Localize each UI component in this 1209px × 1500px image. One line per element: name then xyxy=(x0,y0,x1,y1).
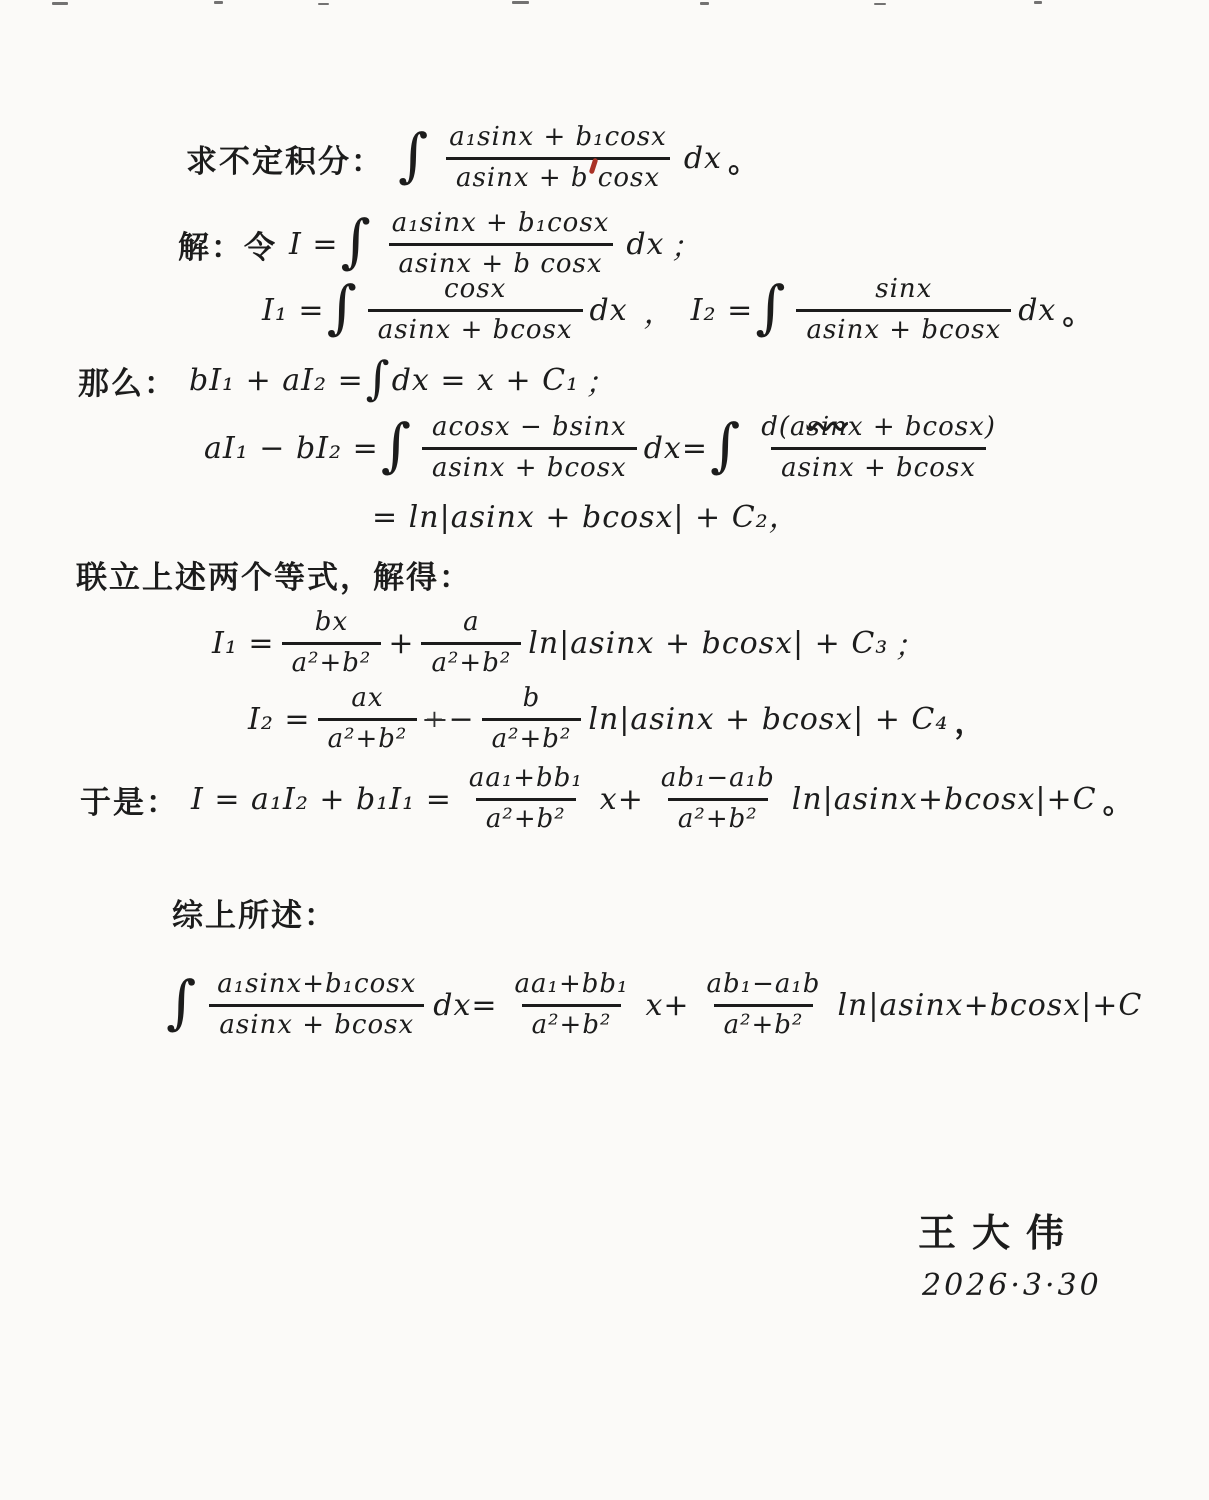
problem-label: 求不定积分： xyxy=(186,136,384,181)
comma-mark: ， xyxy=(954,697,987,742)
differential-fraction: d(asinx + bcosx) asinx + bcosx xyxy=(751,413,1006,484)
i1-result-step: I₁ = bx a²+b² + a a²+b² ln|asinx + bcosx… xyxy=(212,602,925,684)
i1-lhs: I₁ = xyxy=(212,626,275,661)
final-second-fraction: ab₁−a₁b a²+b² xyxy=(697,970,831,1041)
period-mark: 。 xyxy=(1062,288,1095,333)
i1-second-fraction: a a²+b² xyxy=(421,608,521,679)
diff-fraction: acosx − bsinx asinx + bcosx xyxy=(422,413,637,484)
fraction-denominator: asinx + bcosx xyxy=(368,309,583,346)
problem-fraction: a₁sinx + b₁cosx asinx + b cosx xyxy=(439,123,677,194)
lhs-I: I = xyxy=(289,227,339,262)
i2-lhs: I₂ = xyxy=(691,293,754,328)
i2-second-fraction: b a²+b² xyxy=(482,684,582,755)
fraction-denominator: a²+b² xyxy=(318,718,418,755)
combine-label-text: 联立上述两个等式，解得： xyxy=(76,552,472,597)
conclusion-first-fraction: aa₁+bb₁ a²+b² xyxy=(459,764,593,835)
semicolon-mark: ； xyxy=(670,222,701,266)
ln-result: = ln|asinx + bcosx| + C₂， xyxy=(372,492,800,536)
period-mark: 。 xyxy=(728,136,761,181)
ln-term: ln|asinx + bcosx| + C₃ xyxy=(528,626,888,661)
struck-plus-sign: + xyxy=(424,705,445,733)
ln-term: ln|asinx+bcosx|+C xyxy=(837,988,1142,1023)
final-first-fraction: aa₁+bb₁ a²+b² xyxy=(505,970,639,1041)
scan-speck xyxy=(52,2,68,5)
sum-lhs: bI₁ + aI₂ = xyxy=(189,363,364,398)
conclusion-step: 于是： I = a₁I₂ + b₁I₁ = aa₁+bb₁ a²+b² x + … xyxy=(80,756,1136,842)
problem-statement: 求不定积分： ∫ a₁sinx + b₁cosx asinx + b cosx … xyxy=(186,112,761,204)
i2-result-step: I₂ = ax a²+b² + − b a²+b² ln|asinx + bco… xyxy=(248,678,987,760)
plus-sign: + xyxy=(388,626,414,661)
final-result: ∫ a₁sinx+b₁cosx asinx + bcosx dx = aa₁+b… xyxy=(164,950,1142,1060)
fraction-denominator: a²+b² xyxy=(482,718,582,755)
integral-icon: ∫ xyxy=(381,416,411,474)
dx-term: dx xyxy=(433,988,471,1023)
conclusion-lhs: I = a₁I₂ + b₁I₁ = xyxy=(191,782,452,817)
i1-lhs: I₁ = xyxy=(262,293,325,328)
then-label: 那么： xyxy=(78,358,177,403)
numerator-text: x + bcosx) xyxy=(848,412,996,442)
fraction-numerator: a₁sinx + b₁cosx xyxy=(439,123,677,157)
dx-term: dx xyxy=(644,431,682,466)
fraction-numerator: aa₁+bb₁ xyxy=(505,970,639,1004)
fraction-denominator: asinx + b cosx xyxy=(446,157,670,194)
sum-rhs: dx = x + C₁ xyxy=(392,363,579,398)
scan-speck xyxy=(512,1,529,4)
conclusion-second-fraction: ab₁−a₁b a²+b² xyxy=(651,764,785,835)
combine-equations-label: 联立上述两个等式，解得： xyxy=(76,550,484,598)
i1-first-fraction: bx a²+b² xyxy=(282,608,382,679)
fraction-numerator: sinx xyxy=(865,275,942,309)
dx-term: dx xyxy=(684,141,722,176)
fraction-denominator: a²+b² xyxy=(421,642,521,679)
fraction-denominator: a²+b² xyxy=(476,798,576,835)
scan-speck xyxy=(700,2,709,5)
fraction-denominator: a²+b² xyxy=(668,798,768,835)
integral-icon: ∫ xyxy=(710,416,740,474)
define-i1-i2-step: I₁ = ∫ cosx asinx + bcosx dx ， I₂ = ∫ si… xyxy=(262,266,1095,354)
fraction-numerator: ab₁−a₁b xyxy=(697,970,831,1004)
fraction-numerator: ax xyxy=(341,684,393,718)
fraction-denominator: asinx + bcosx xyxy=(209,1004,424,1041)
period-mark: 。 xyxy=(1103,777,1136,822)
integral-icon: ∫ xyxy=(341,212,371,270)
fraction-numerator: a₁sinx + b₁cosx xyxy=(382,209,620,243)
solution-label: 解：令 xyxy=(178,222,277,267)
fraction-numerator: b xyxy=(513,684,551,718)
fraction-denominator: asinx + bcosx xyxy=(422,447,637,484)
plus-sign: + xyxy=(663,988,689,1023)
scan-speck xyxy=(318,3,329,5)
minus-sign: − xyxy=(448,702,474,737)
dx-term: dx xyxy=(1018,293,1056,328)
scan-speck xyxy=(214,1,223,4)
scan-speck xyxy=(874,3,886,5)
sum-equation-step: 那么： bI₁ + aI₂ = ∫ dx = x + C₁ ； xyxy=(78,352,616,408)
comma-mark: ， xyxy=(644,288,675,332)
integral-icon: ∫ xyxy=(327,278,357,336)
ln-term: ln|asinx+bcosx|+C xyxy=(792,782,1097,817)
fraction-numerator: acosx − bsinx xyxy=(422,413,637,447)
signature-date: 2026·3·30 xyxy=(922,1268,1102,1303)
fraction-denominator: a²+b² xyxy=(522,1004,622,1041)
ln-term: ln|asinx + bcosx| + C₄ xyxy=(588,702,948,737)
fraction-denominator: asinx + bcosx xyxy=(796,309,1011,346)
fraction-numerator: d(asinx + bcosx) xyxy=(751,413,1006,447)
fraction-numerator: a xyxy=(453,608,490,642)
fraction-numerator: bx xyxy=(305,608,358,642)
scan-speck xyxy=(1034,1,1042,4)
integral-icon: ∫ xyxy=(398,126,428,184)
scribbled-text: sin xyxy=(806,412,847,442)
thus-label: 于是： xyxy=(80,777,179,822)
equals-sign: = xyxy=(471,988,497,1023)
dx-term: dx xyxy=(626,227,664,262)
equals-sign: = xyxy=(682,431,708,466)
i2-first-fraction: ax a²+b² xyxy=(318,684,418,755)
numerator-text: d(a xyxy=(761,412,806,442)
final-integrand-fraction: a₁sinx+b₁cosx asinx + bcosx xyxy=(207,970,426,1041)
integral-icon: ∫ xyxy=(755,278,785,336)
diff-lhs: aI₁ − bI₂ = xyxy=(204,431,379,466)
i2-fraction: sinx asinx + bcosx xyxy=(796,275,1011,346)
x-term: x xyxy=(645,988,663,1023)
dx-term: dx xyxy=(590,293,628,328)
signature-name: 王大伟 xyxy=(918,1202,1080,1257)
integral-icon: ∫ xyxy=(366,355,390,401)
integral-icon: ∫ xyxy=(166,973,196,1031)
fraction-denominator: a²+b² xyxy=(714,1004,814,1041)
fraction-numerator: ab₁−a₁b xyxy=(651,764,785,798)
summary-label: 综上所述： xyxy=(172,888,349,936)
semicolon-mark: ； xyxy=(894,621,925,665)
i1-fraction: cosx asinx + bcosx xyxy=(368,275,583,346)
difference-result-step: = ln|asinx + bcosx| + C₂， xyxy=(372,486,800,542)
summary-label-text: 综上所述： xyxy=(172,890,337,935)
plus-sign: + xyxy=(618,782,644,817)
semicolon-mark: ； xyxy=(585,358,616,402)
fraction-denominator: a²+b² xyxy=(282,642,382,679)
fraction-denominator: asinx + bcosx xyxy=(771,447,986,484)
handwritten-math-note: 求不定积分： ∫ a₁sinx + b₁cosx asinx + b cosx … xyxy=(0,0,1209,1500)
fraction-numerator: aa₁+bb₁ xyxy=(459,764,593,798)
x-term: x xyxy=(600,782,618,817)
i2-lhs: I₂ = xyxy=(248,702,311,737)
difference-equation-step: aI₁ − bI₂ = ∫ acosx − bsinx asinx + bcos… xyxy=(204,402,1013,494)
fraction-numerator: a₁sinx+b₁cosx xyxy=(207,970,426,1004)
fraction-numerator: cosx xyxy=(434,275,516,309)
